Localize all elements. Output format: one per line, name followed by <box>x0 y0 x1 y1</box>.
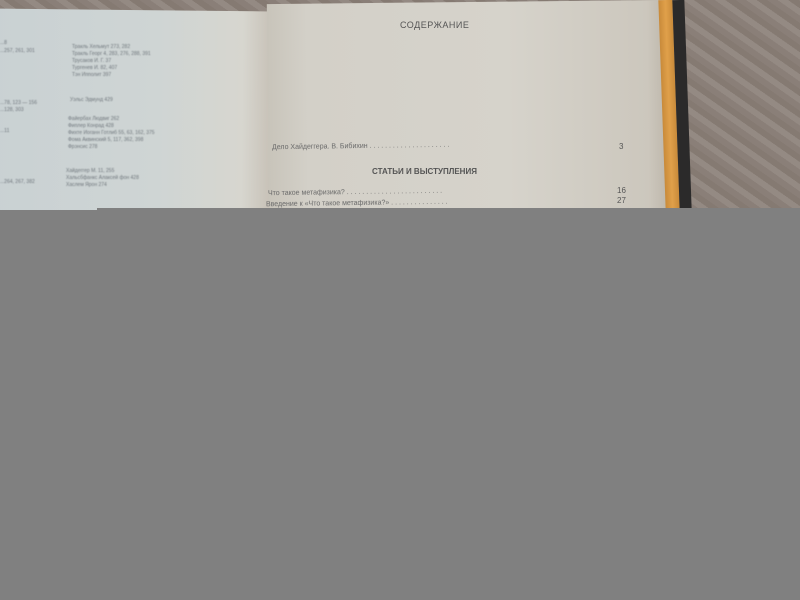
index-line: Уэльс Эдмунд 429 <box>70 97 113 104</box>
index-line: Хальсбфанкс Алаксей фон 428 <box>66 175 139 182</box>
index-line: Тракль Георг 4, 283, 276, 288, 391 <box>72 51 151 58</box>
index-line: Фихте Иоганн Готлиб 55, 63, 162, 375 <box>68 130 155 137</box>
index-line: Хайдеггер М. 11, 255 <box>66 168 114 175</box>
index-line: Тэн Ипполит 397 <box>72 72 111 79</box>
redaction-mask <box>0 210 800 600</box>
index-line: Тургенев И. 82, 407 <box>72 65 117 72</box>
toc-section-heading: СТАТЬИ И ВЫСТУПЛЕНИЯ <box>372 167 477 176</box>
index-line: Трусаков И. Г. 37 <box>72 58 111 65</box>
left-margin-fragment: ...257, 261, 301 <box>0 48 35 55</box>
index-line: Фома Аквинский 5, 117, 362, 398 <box>68 137 143 144</box>
index-line: Файербах Людвиг 262 <box>68 116 119 123</box>
left-margin-fragment: ...78, 123 — 156 <box>0 100 37 107</box>
index-line: Хаслем Ярон 274 <box>66 182 107 189</box>
book-photo: ...8 ...257, 261, 301 ...78, 123 — 156 .… <box>0 0 800 210</box>
toc-page-number: 16 <box>617 186 626 195</box>
right-page <box>267 0 669 210</box>
index-line: Фрэнсис 278 <box>68 144 97 151</box>
toc-page-number: 3 <box>619 142 623 151</box>
left-margin-fragment: ...128, 303 <box>0 107 24 114</box>
toc-page-number: 27 <box>617 196 626 205</box>
index-line: Фиплер Конрад 428 <box>68 123 114 130</box>
index-line: Тракль Хельмут 273, 282 <box>72 44 130 51</box>
left-margin-fragment: ...11 <box>0 128 9 135</box>
toc-title: СОДЕРЖАНИЕ <box>400 20 469 30</box>
left-margin-fragment: ...264, 267, 382 <box>0 179 35 186</box>
left-margin-fragment: ...8 <box>0 40 7 47</box>
